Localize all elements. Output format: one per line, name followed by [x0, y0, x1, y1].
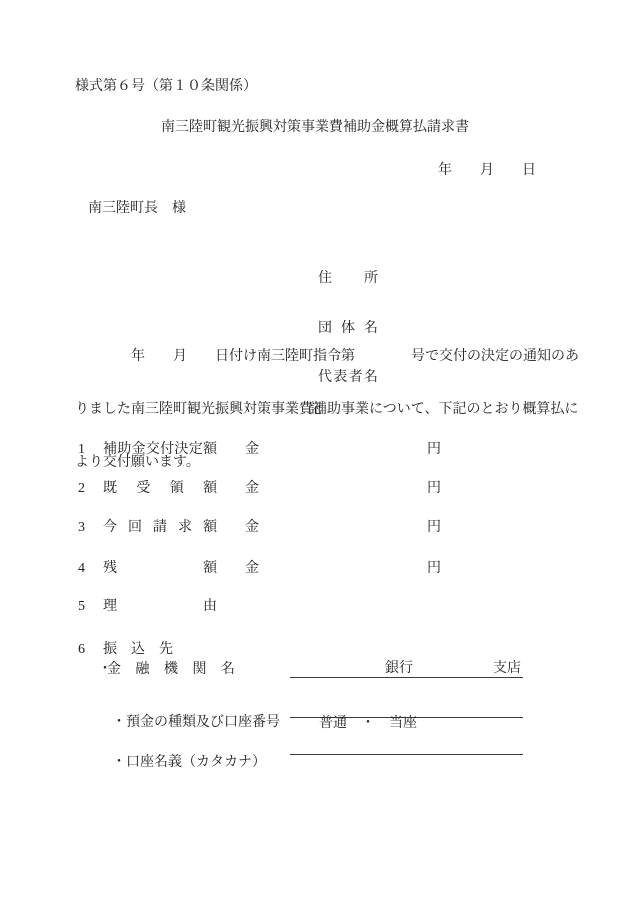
transfer-institution-row: ・ 金融機関名 — [98, 662, 318, 678]
bank-name-field: 銀行 支店 — [290, 661, 523, 678]
record-marker: 記 — [0, 402, 630, 417]
account-type-options: 普通 ・ 当座 — [319, 716, 417, 731]
currency-prefix: 金 — [245, 481, 259, 496]
currency-prefix: 金 — [245, 520, 259, 535]
item-label: 既受領額 — [103, 481, 217, 496]
item-row-reason: 5 理由 — [78, 599, 578, 615]
item-row-transfer-destination: 6 振込先 — [78, 642, 578, 658]
body-line-3: より交付願います。 — [75, 455, 579, 478]
item-number: 6 — [78, 642, 85, 657]
item-label: 今回請求額 — [103, 520, 217, 535]
account-holder-label: ・口座名義（カタカナ） — [112, 755, 266, 770]
addressee: 南三陸町長 様 — [88, 201, 186, 216]
item-number: 2 — [78, 481, 85, 496]
sender-address-row: 住所 — [318, 271, 378, 291]
item-number: 4 — [78, 561, 85, 576]
item-row-remaining-amount: 4 残額 金 円 — [78, 561, 578, 577]
bank-suffix-label: 銀行 — [385, 661, 413, 676]
item-row-received-amount: 2 既受領額 金 円 — [78, 481, 578, 497]
item-number: 5 — [78, 599, 85, 614]
item-label: 補助金交付決定額 — [103, 442, 217, 457]
currency-prefix: 金 — [245, 442, 259, 457]
account-holder-field — [290, 737, 523, 755]
currency-suffix: 円 — [427, 481, 441, 496]
form-number: 様式第６号（第１０条関係） — [75, 79, 257, 94]
item-row-grant-decided-amount: 1 補助金交付決定額 金 円 — [78, 442, 578, 458]
item-label: 理由 — [103, 599, 217, 614]
currency-suffix: 円 — [427, 442, 441, 457]
transfer-holder-row: ・口座名義（カタカナ） — [98, 740, 318, 756]
document-page: 様式第６号（第１０条関係） 南三陸町観光振興対策事業費補助金概算払請求書 年 月… — [0, 0, 630, 903]
body-line-1: 年 月 日付け南三陸町指令第 号で交付の決定の通知のあ — [75, 349, 579, 372]
institution-label: 金融機関名 — [107, 662, 235, 677]
currency-suffix: 円 — [427, 520, 441, 535]
account-type-label: ・預金の種類及び口座番号 — [112, 715, 280, 730]
address-label: 住所 — [318, 271, 378, 286]
item-number: 1 — [78, 442, 85, 457]
item-label: 残額 — [103, 561, 217, 576]
item-label: 振込先 — [103, 642, 173, 657]
currency-suffix: 円 — [427, 561, 441, 576]
item-number: 3 — [78, 520, 85, 535]
document-title: 南三陸町観光振興対策事業費補助金概算払請求書 — [0, 120, 630, 135]
branch-suffix-label: 支店 — [493, 661, 521, 676]
item-row-current-claim-amount: 3 今回請求額 金 円 — [78, 520, 578, 536]
date-line: 年 月 日 — [438, 163, 536, 178]
transfer-account-row: ・預金の種類及び口座番号 — [98, 700, 318, 716]
account-type-field: 普通 ・ 当座 — [290, 701, 523, 718]
currency-prefix: 金 — [245, 561, 259, 576]
